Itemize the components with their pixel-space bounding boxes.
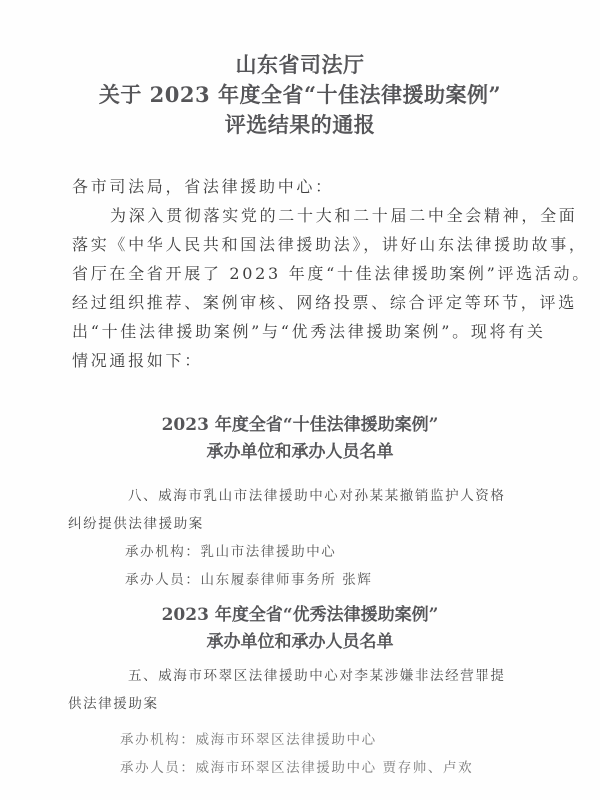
- issuer-title: 山东省司法厅: [0, 50, 600, 80]
- case-entry-excellent: 五、威海市环翠区法律援助中心对李某涉嫌非法经营罪提 供法律援助案 承办机构：威海…: [128, 662, 568, 782]
- case-heading: 五、威海市环翠区法律援助中心对李某涉嫌非法经营罪提: [128, 662, 568, 690]
- body-line: 省厅在全省开展了 2023 年度“十佳法律援助案例”评选活动。: [72, 259, 542, 288]
- title-line-2: 关于 2023 年度全省“十佳法律援助案例”: [0, 80, 600, 110]
- case-entry-top-ten: 八、威海市乳山市法律援助中心对孙某某撤销监护人资格 纠纷提供法律援助案 承办机构…: [128, 482, 568, 594]
- section-title-line: 2023 年度全省“优秀法律援助案例”: [0, 602, 600, 629]
- body-line: 出“十佳法律援助案例”与“优秀法律援助案例”。现将有关: [72, 317, 542, 346]
- salutation-text: 各市司法局，省法律援助中心：: [72, 172, 542, 201]
- staff-label: 承办人员：: [125, 572, 201, 588]
- body-line: 为深入贯彻落实党的二十大和二十届二中全会精神，全面: [72, 201, 542, 230]
- section-title-top-ten: 2023 年度全省“十佳法律援助案例” 承办单位和承办人员名单: [0, 412, 600, 466]
- case-heading-continued: 供法律援助案: [68, 690, 568, 718]
- body-line: 情况通报如下：: [72, 346, 542, 375]
- staff-value: 山东履泰律师事务所 张辉: [201, 572, 373, 588]
- case-heading-continued: 纠纷提供法律援助案: [68, 510, 568, 538]
- org-value: 威海市环翠区法律援助中心: [196, 732, 377, 748]
- staff-label: 承办人员：: [120, 760, 196, 776]
- org-value: 乳山市法律援助中心: [201, 544, 337, 560]
- org-label: 承办机构：: [120, 732, 196, 748]
- document-page: 山东省司法厅 关于 2023 年度全省“十佳法律援助案例” 评选结果的通报 各市…: [0, 0, 600, 800]
- body-line: 落实《中华人民共和国法律援助法》，讲好山东法律援助故事，: [72, 230, 542, 259]
- case-staff: 承办人员：山东履泰律师事务所 张辉: [125, 566, 568, 594]
- case-heading: 八、威海市乳山市法律援助中心对孙某某撤销监护人资格: [128, 482, 568, 510]
- document-title: 山东省司法厅 关于 2023 年度全省“十佳法律援助案例” 评选结果的通报: [0, 50, 600, 140]
- section-subtitle-line: 承办单位和承办人员名单: [0, 439, 600, 466]
- case-staff: 承办人员：威海市环翠区法律援助中心 贾存帅、卢欢: [120, 754, 568, 782]
- staff-value: 威海市环翠区法律援助中心 贾存帅、卢欢: [196, 760, 474, 776]
- section-title-line: 2023 年度全省“十佳法律援助案例”: [0, 412, 600, 439]
- salutation: 各市司法局，省法律援助中心：: [72, 172, 542, 201]
- section-title-excellent: 2023 年度全省“优秀法律援助案例” 承办单位和承办人员名单: [0, 602, 600, 656]
- body-line: 经过组织推荐、案例审核、网络投票、综合评定等环节，评选: [72, 288, 542, 317]
- case-organization: 承办机构：威海市环翠区法律援助中心: [120, 726, 568, 754]
- title-line-3: 评选结果的通报: [0, 110, 600, 140]
- case-organization: 承办机构：乳山市法律援助中心: [125, 538, 568, 566]
- body-paragraph: 为深入贯彻落实党的二十大和二十届二中全会精神，全面 落实《中华人民共和国法律援助…: [72, 201, 542, 375]
- spacer: [128, 718, 568, 726]
- org-label: 承办机构：: [125, 544, 201, 560]
- section-subtitle-line: 承办单位和承办人员名单: [0, 629, 600, 656]
